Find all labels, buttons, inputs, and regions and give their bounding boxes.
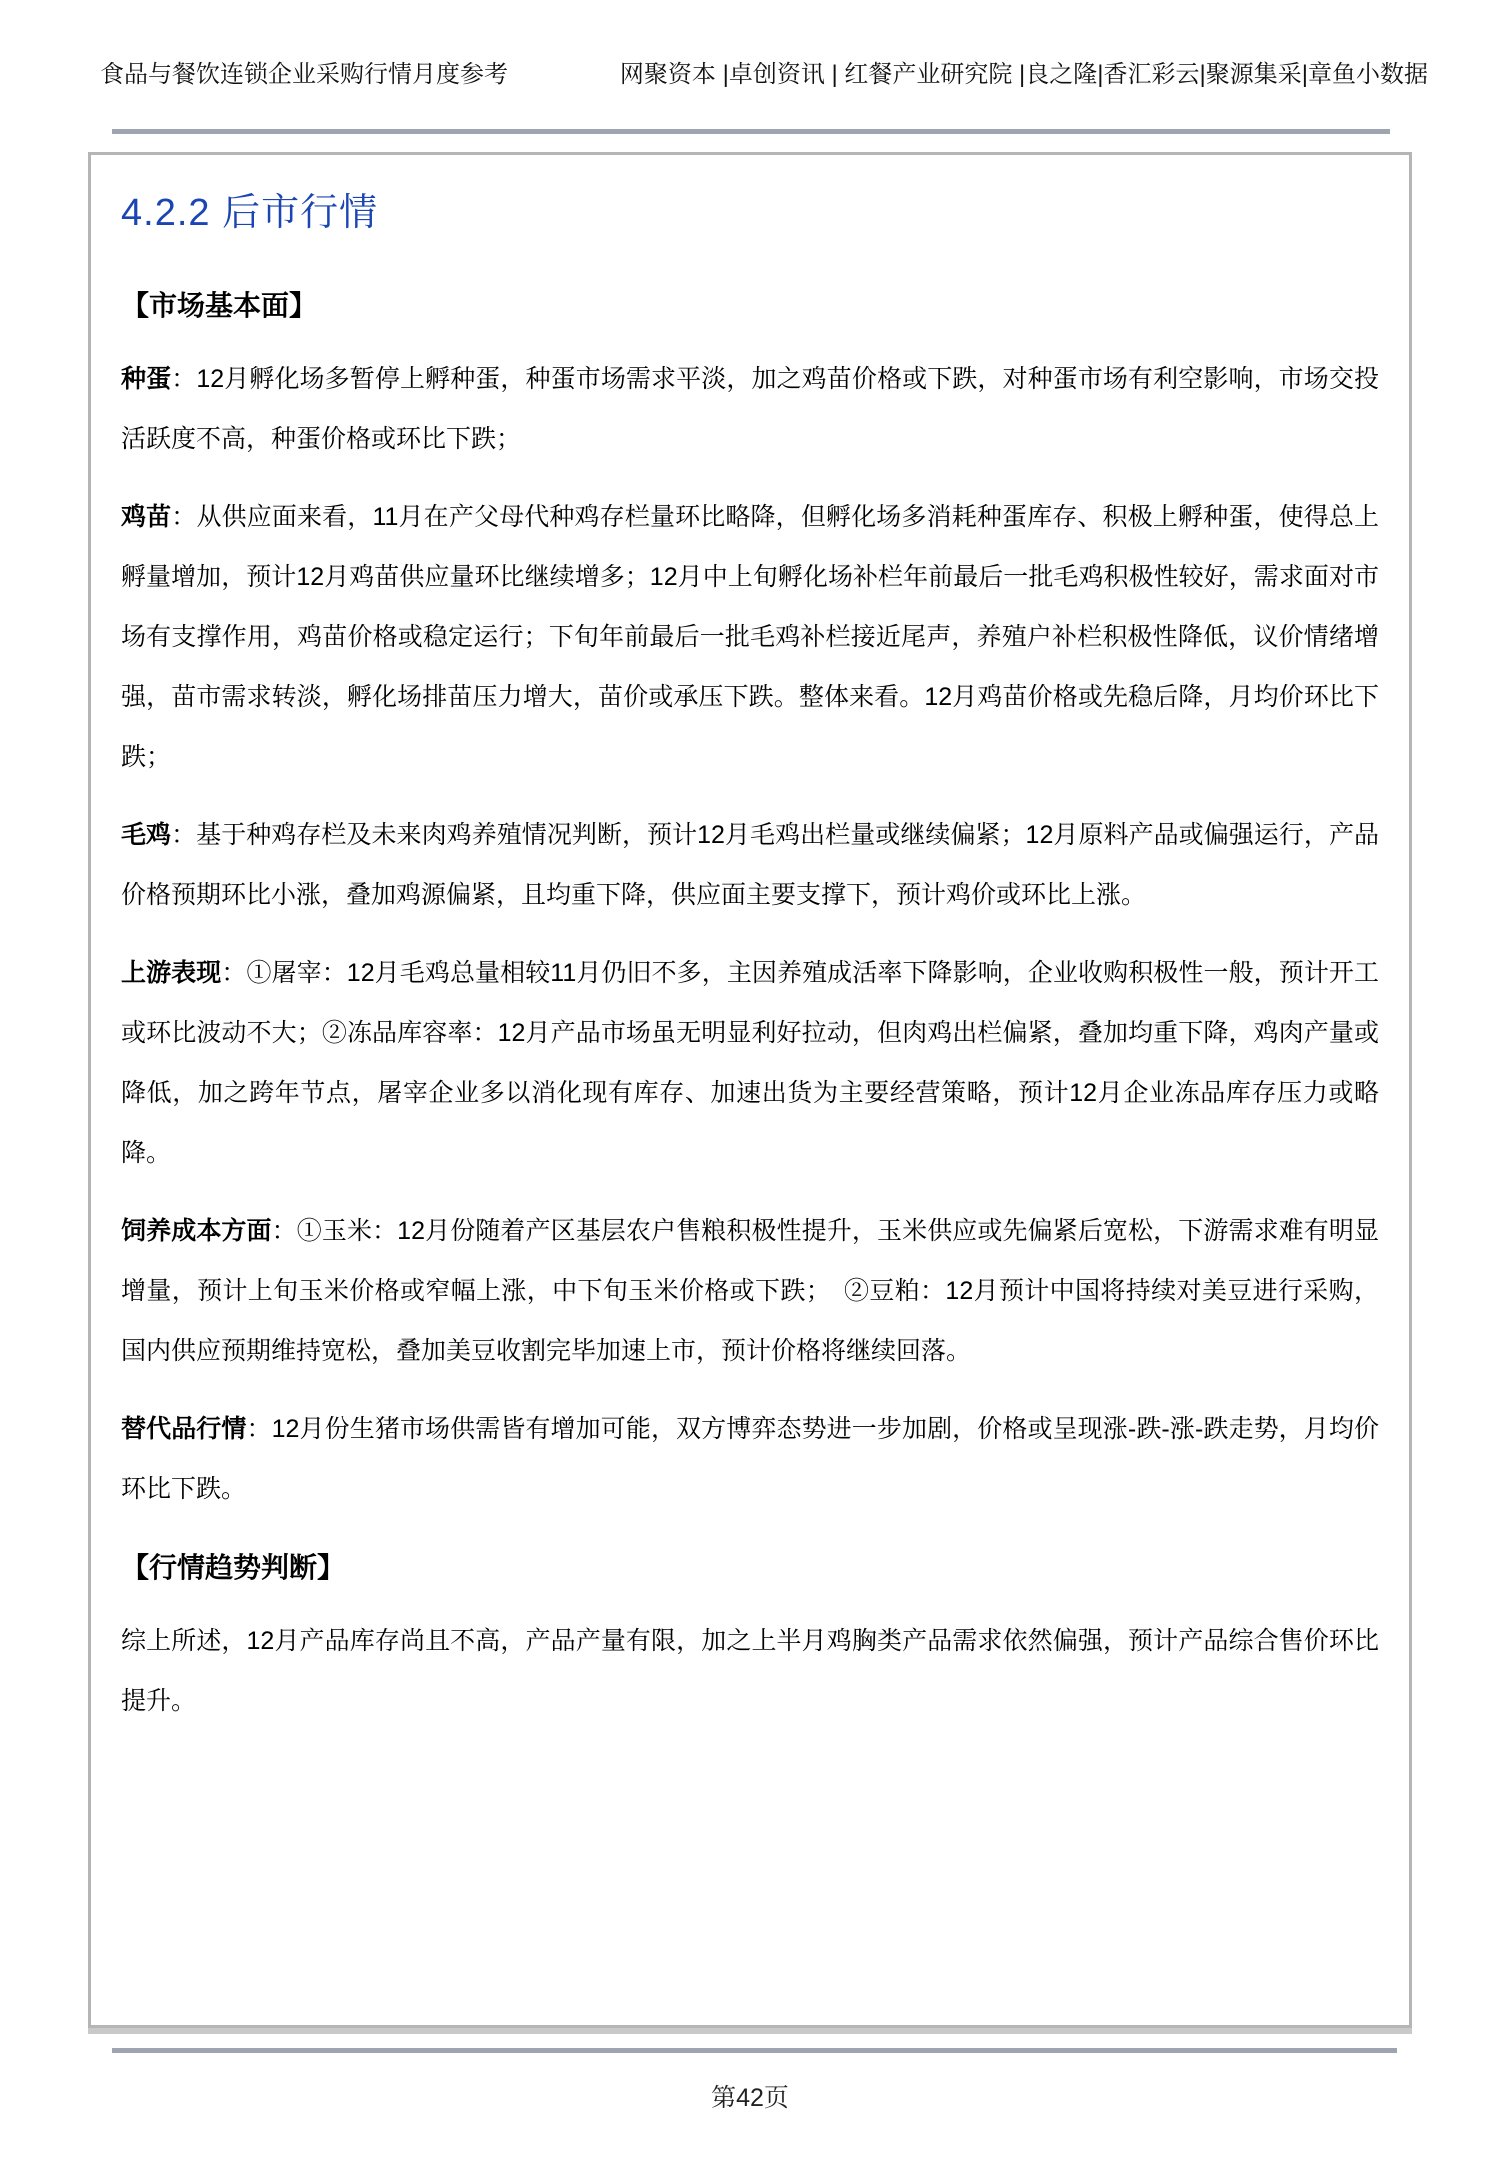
paragraph-breeding-eggs: 种蛋：12月孵化场多暂停上孵种蛋，种蛋市场需求平淡，加之鸡苗价格或下跌，对种蛋市… [121,349,1379,469]
page-header: 食品与餐饮连锁企业采购行情月度参考 网聚资本 |卓创资讯 | 红餐产业研究院 |… [100,54,1428,89]
conclusion-paragraph: 综上所述，12月产品库存尚且不高，产品产量有限，加之上半月鸡胸类产品需求依然偏强… [121,1611,1379,1731]
paragraph-feed-cost: 饲养成本方面：①玉米：12月份随着产区基层农户售粮积极性提升，玉米供应或先偏紧后… [121,1201,1379,1381]
paragraph-lead-term: 鸡苗 [121,503,171,531]
heading-market-fundamentals: 【市场基本面】 [121,289,1379,323]
paragraph-text: ：12月孵化场多暂停上孵种蛋，种蛋市场需求平淡，加之鸡苗价格或下跌，对种蛋市场有… [121,365,1379,453]
paragraph-substitutes: 替代品行情：12月份生猪市场供需皆有增加可能，双方博弈态势进一步加剧，价格或呈现… [121,1399,1379,1519]
header-left-title: 食品与餐饮连锁企业采购行情月度参考 [100,54,508,89]
paragraph-text: ：①玉米：12月份随着产区基层农户售粮积极性提升，玉米供应或先偏紧后宽松，下游需… [121,1217,1379,1365]
header-divider [112,129,1390,134]
document-page: 食品与餐饮连锁企业采购行情月度参考 网聚资本 |卓创资讯 | 红餐产业研究院 |… [0,0,1500,2167]
section-title: 4.2.2 后市行情 [121,189,1379,237]
paragraph-lead-term: 毛鸡 [121,821,171,849]
paragraph-lead-term: 种蛋 [121,365,171,393]
paragraph-text: ：12月份生猪市场供需皆有增加可能，双方博弈态势进一步加剧，价格或呈现涨-跌-涨… [121,1415,1379,1503]
paragraph-lead-term: 饲养成本方面 [121,1217,272,1245]
page-number: 第42页 [711,2084,789,2112]
paragraph-text: ：基于种鸡存栏及未来肉鸡养殖情况判断，预计12月毛鸡出栏量或继续偏紧；12月原料… [121,821,1379,909]
header-right-sources: 网聚资本 |卓创资讯 | 红餐产业研究院 |良之隆|香汇彩云|聚源集采|章鱼小数… [620,54,1428,89]
footer-divider [112,2048,1397,2053]
paragraph-lead-term: 替代品行情 [121,1415,247,1443]
content-box: 4.2.2 后市行情 【市场基本面】 种蛋：12月孵化场多暂停上孵种蛋，种蛋市场… [88,152,1412,2028]
page-footer: 第42页 [0,2078,1500,2114]
heading-trend-judgement: 【行情趋势判断】 [121,1551,1379,1585]
paragraph-broilers: 毛鸡：基于种鸡存栏及未来肉鸡养殖情况判断，预计12月毛鸡出栏量或继续偏紧；12月… [121,805,1379,925]
paragraph-chicks: 鸡苗：从供应面来看，11月在产父母代种鸡存栏量环比略降，但孵化场多消耗种蛋库存、… [121,487,1379,787]
paragraph-text: ：从供应面来看，11月在产父母代种鸡存栏量环比略降，但孵化场多消耗种蛋库存、积极… [121,503,1379,771]
paragraph-text: ：①屠宰：12月毛鸡总量相较11月仍旧不多，主因养殖成活率下降影响，企业收购积极… [121,959,1379,1167]
paragraph-upstream: 上游表现：①屠宰：12月毛鸡总量相较11月仍旧不多，主因养殖成活率下降影响，企业… [121,943,1379,1183]
paragraph-lead-term: 上游表现 [121,959,221,987]
